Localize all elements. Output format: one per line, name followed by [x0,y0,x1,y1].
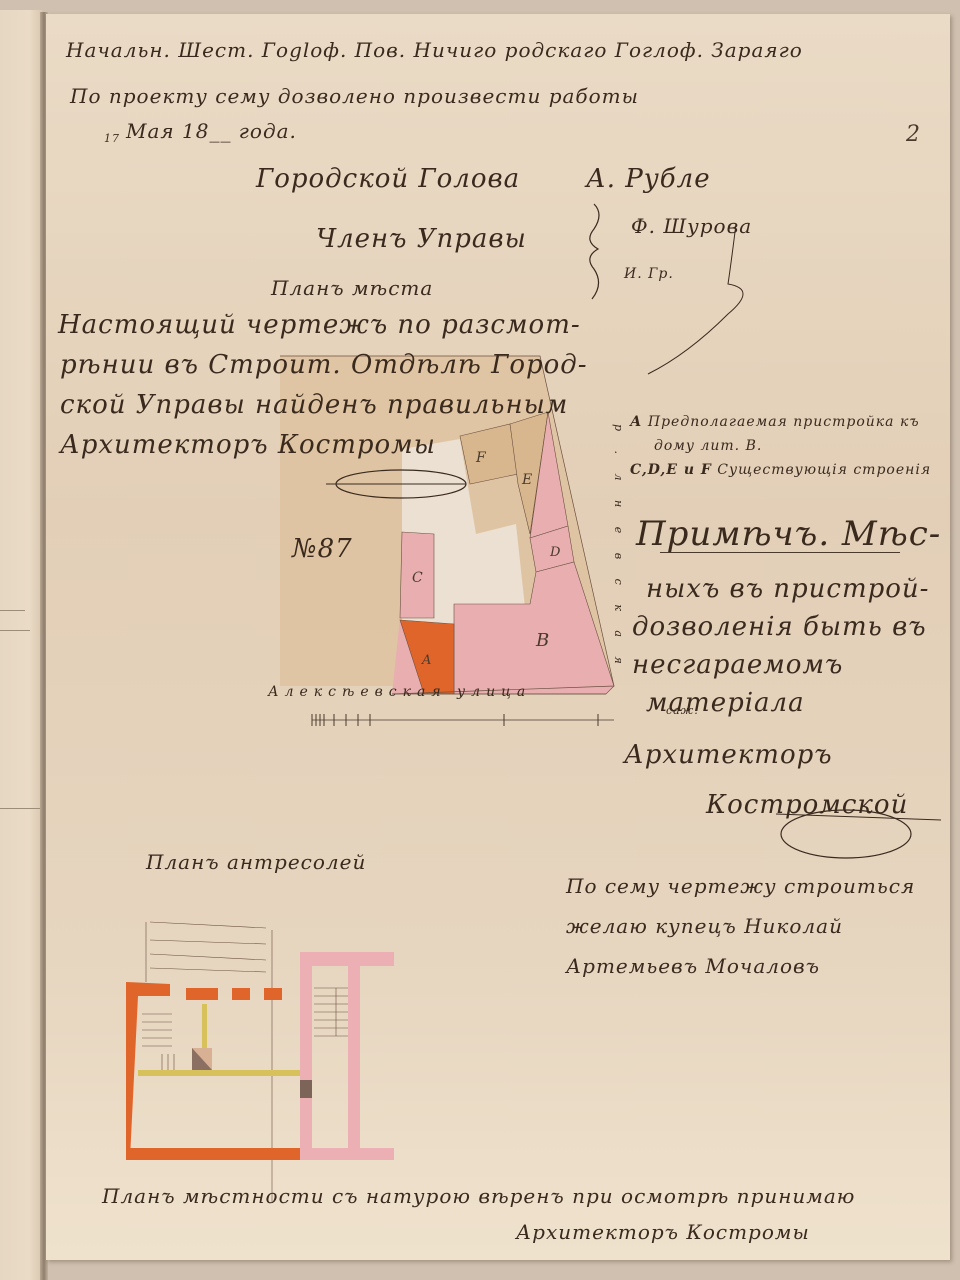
ruled-line [0,808,42,809]
footer-line-2: Архитекторъ Костромы [516,1220,810,1244]
mezzanine-plan-drawing [46,14,950,1214]
footer-line-1: Планъ мѣстности съ натурою вѣренъ при ос… [102,1184,855,1208]
ruled-line [0,610,25,611]
document-page: Начальн. Шест. Гоglоф. Пов. Ничиго родск… [46,14,950,1260]
ruled-line [0,630,30,631]
left-facing-page [0,10,42,1280]
